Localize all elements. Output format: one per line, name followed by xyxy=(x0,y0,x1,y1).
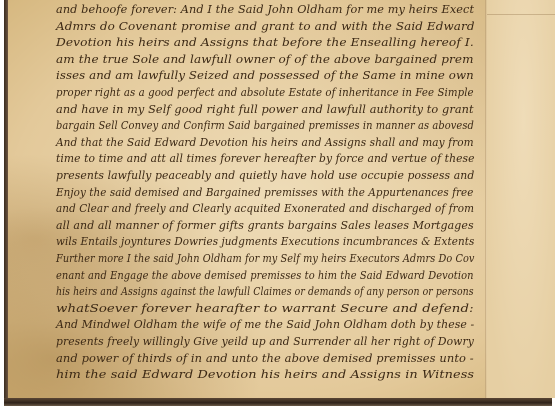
manuscript-line: proper right as a good perfect and absol… xyxy=(56,85,474,99)
manuscript-line: presents lawfully peaceably and quietly … xyxy=(56,168,474,182)
manuscript-line: am the true Sole and lawfull owner of of… xyxy=(56,52,474,66)
manuscript-line: all and all manner of former gifts grant… xyxy=(56,218,474,232)
manuscript-line: time to time and att all times forever h… xyxy=(56,151,475,165)
manuscript-line: wils Entails joyntures Dowries judgments… xyxy=(56,234,474,248)
manuscript-line: enant and Engage the above demised premi… xyxy=(56,268,474,282)
manuscript-line: isses and am lawfully Seized and possess… xyxy=(56,68,474,82)
manuscript-line: Further more I the said John Oldham for … xyxy=(56,251,475,265)
frame-bottom-edge xyxy=(4,398,552,406)
paper-right-flap xyxy=(487,0,555,398)
manuscript-line: and Clear and freely and Clearly acquite… xyxy=(56,201,474,215)
paper-crease xyxy=(487,14,555,15)
manuscript-line: Devotion his heirs and Assigns that befo… xyxy=(56,35,474,49)
manuscript-line: whatSoever forever hearafter to warrant … xyxy=(56,301,474,315)
document-photo: and behoofe forever: And I the Said John… xyxy=(0,0,555,409)
manuscript-line: And Mindwel Oldham the wife of me the Sa… xyxy=(56,317,474,331)
parchment-paper: and behoofe forever: And I the Said John… xyxy=(8,0,552,398)
manuscript-line: bargain Sell Convey and Confirm Said bar… xyxy=(56,118,474,132)
manuscript-line: and behoofe forever: And I the Said John… xyxy=(56,2,474,16)
manuscript-line: him the said Edward Devotion his heirs a… xyxy=(56,367,474,381)
manuscript-line: Admrs do Covenant promise and grant to a… xyxy=(56,19,475,33)
manuscript-line: and have in my Self good right full powe… xyxy=(56,102,474,116)
manuscript-line: and power of thirds of in and unto the a… xyxy=(56,351,474,365)
manuscript-line: Enjoy the said demised and Bargained pre… xyxy=(56,185,473,199)
manuscript-line: And that the Said Edward Devotion his he… xyxy=(56,135,474,149)
manuscript-line: presents freely willingly Give yeild up … xyxy=(56,334,474,348)
manuscript-line: his heirs and Assigns against the lawful… xyxy=(56,284,474,298)
